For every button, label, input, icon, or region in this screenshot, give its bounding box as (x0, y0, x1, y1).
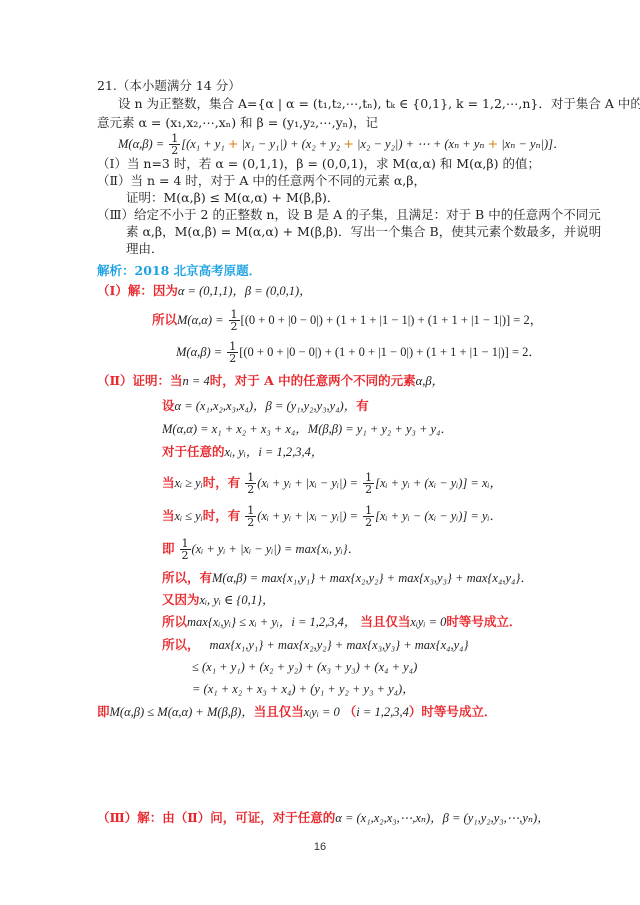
p2-ie-expr: (xᵢ + yᵢ + |xᵢ − yᵢ|) = max{xᵢ, yᵢ}． (192, 542, 361, 556)
fraction-half: 12 (227, 341, 238, 364)
solution-part1-header: （Ⅰ）解：因为α = (0,1,1)，β = (0,0,1)， (97, 283, 312, 299)
p2-let-expr: α = (x₁,x₂,x₃,x₄)，β = (y₁,y₂,y₃,y₄)， (175, 399, 357, 413)
problem-definition: M(α,β) = 12[(x₁ + y₁ + |x₁ − y₁|) + (x₂ … (118, 133, 566, 156)
p1-given: α = (0,1,1)，β = (0,0,1)， (178, 284, 312, 298)
def-plus-1: + (228, 136, 238, 151)
page-number: 16 (0, 841, 640, 853)
p2-sums: M(α,α) = x₁ + x₂ + x₃ + x₄，M(β,β) = y₁ +… (162, 422, 453, 436)
fraction-half: 12 (363, 472, 374, 495)
def-rhs-a: [(x₁ + y₁ (181, 137, 228, 151)
p2-concl-iff: 当且仅当 (254, 704, 304, 719)
solution-source: 解析：2018 北京高考原题． (97, 263, 261, 279)
p2-case1: (xᵢ + yᵢ + |xᵢ − yᵢ|) = (257, 476, 358, 490)
p2-case2: (xᵢ + yᵢ + |xᵢ − yᵢ|) = (257, 509, 358, 523)
fraction-half: 12 (229, 309, 240, 332)
solution-part3-header: （Ⅲ）解：由（Ⅱ）问，可证，对于任意的α = (x₁,x₂,x₃,⋯,xₙ)，β… (97, 810, 550, 826)
p1-eq2-rhs: [(0 + 0 + |0 − 0|) + (1 + 0 + |1 − 0|) +… (239, 345, 541, 359)
frac-den: 2 (245, 484, 256, 495)
p1-eq1-lhs: M(α,α) = (177, 313, 224, 327)
p2-forany-expr: xᵢ, yᵢ，i = 1,2,3,4， (225, 445, 324, 459)
p1-label: （Ⅰ）解：因为 (97, 283, 178, 298)
p2-concl-cond: xᵢyᵢ = 0 (304, 705, 340, 719)
p2-have: 有 (356, 398, 369, 413)
def-plus-3: + (488, 136, 498, 151)
fraction-half: 12 (245, 472, 256, 495)
solution-part2-sums: M(α,α) = x₁ + x₂ + x₃ + x₄，M(β,β) = y₁ +… (162, 421, 453, 437)
p2-ab: α,β， (416, 374, 444, 388)
p2-concl-expr: M(α,β) ≤ M(α,α) + M(β,β)， (110, 705, 254, 719)
fraction-half: 12 (245, 505, 256, 528)
frac-den: 2 (180, 550, 191, 561)
p3-label: （Ⅲ）解：由（Ⅱ）问，可证，对于任意的 (97, 810, 335, 825)
p2-so: 所以 (162, 614, 187, 629)
p2-iff-expr: xᵢyᵢ = 0 (410, 615, 446, 629)
p2-so2: 所以， (162, 637, 200, 652)
frac-den: 2 (169, 145, 180, 156)
p2-chain3: = (x₁ + x₂ + x₃ + x₄) + (y₁ + y₂ + y₃ + … (192, 682, 415, 696)
p2-max-le: max{xᵢ,yᵢ} ≤ xᵢ + yᵢ，i = 1,2,3,4， (187, 615, 356, 629)
solution-part2-chain3: = (x₁ + x₂ + x₃ + x₄) + (y₁ + y₂ + y₃ + … (192, 681, 415, 697)
p3-expr: α = (x₁,x₂,x₃,⋯,xₙ)，β = (y₁,y₂,y₃,⋯,yₙ)， (335, 811, 549, 825)
p2-chain1: max{x₁,y₁} + max{x₂,y₂} + max{x₃,y₃} + m… (210, 638, 469, 652)
p2-case1b: [xᵢ + yᵢ + (xᵢ − yᵢ)] = xᵢ， (375, 476, 502, 490)
p2-case2b: [xᵢ + yᵢ − (xᵢ − yᵢ)] = yᵢ． (375, 509, 502, 523)
solution-part2-conclusion: 即M(α,β) ≤ M(α,α) + M(β,β)，当且仅当xᵢyᵢ = 0 （… (97, 704, 496, 720)
problem-part2-line2: 证明：M(α,β) ≤ M(α,α) + M(β,β)． (126, 190, 339, 206)
solution-part2-mab: 所以，有M(α,β) = max{x₁,y₁} + max{x₂,y₂} + m… (162, 570, 533, 586)
def-rhs-c: |x₂ − y₂|) + ⋯ + (xₙ + yₙ (354, 137, 488, 151)
def-rhs-d: |xₙ − yₙ|)]． (498, 137, 565, 151)
solution-part2-also: 又因为xᵢ, yᵢ ∈ {0,1}， (162, 592, 274, 608)
p2-also: 又因为 (162, 592, 200, 607)
def-rhs-b: |x₁ − y₁|) + (x₂ + y₂ (238, 137, 343, 151)
p2-let: 设 (162, 398, 175, 413)
p2-when: 当 (162, 508, 175, 523)
solution-part2-chain1: 所以， max{x₁,y₁} + max{x₂,y₂} + max{x₃,y₃}… (162, 637, 469, 653)
solution-part2-forany: 对于任意的xᵢ, yᵢ，i = 1,2,3,4， (162, 444, 323, 460)
p2-concl-i: i = 1,2,3,4 (356, 705, 409, 719)
solution-part2-case2: 当xᵢ ≤ yᵢ时，有 12(xᵢ + yᵢ + |xᵢ − yᵢ|) = 12… (162, 505, 502, 528)
solution-part2-header: （Ⅱ）证明：当n = 4时，对于 A 中的任意两个不同的元素α,β， (97, 373, 444, 389)
def-lhs: M(α,β) = (118, 137, 164, 151)
frac-den: 2 (363, 484, 374, 495)
p2-forany: 对于任意的 (162, 444, 225, 459)
frac-den: 2 (229, 321, 240, 332)
problem-stem-line1: 设 n 为正整数，集合 A={α | α = (t₁,t₂,⋯,tₙ), tₖ … (118, 96, 640, 112)
problem-stem-line2: 意元素 α = (x₁,x₂,⋯,xₙ) 和 β = (y₁,y₂,⋯,yₙ)，… (97, 115, 378, 131)
fraction-half: 12 (169, 133, 180, 156)
def-plus-2: + (343, 136, 353, 151)
solution-part2-maxle: 所以max{xᵢ,yᵢ} ≤ xᵢ + yᵢ，i = 1,2,3,4， 当且仅当… (162, 614, 521, 630)
p2-iff: 当且仅当 (360, 614, 410, 629)
p1-eq1-rhs: [(0 + 0 + |0 − 0|) + (1 + 1 + |1 − 1|) +… (241, 313, 543, 327)
problem-part3-line2: 素 α,β，M(α,β) = M(α,α) + M(β,β)．写出一个集合 B，… (126, 224, 601, 240)
p2-concl-paren: （ (344, 704, 357, 719)
p2-ie: 即 (162, 541, 175, 556)
p2-n: n = 4 (183, 374, 210, 388)
p2-so-have: 所以，有 (162, 570, 212, 585)
solution-part2-case1: 当xᵢ ≥ yᵢ时，有 12(xᵢ + yᵢ + |xᵢ − yᵢ|) = 12… (162, 472, 502, 495)
solution-part2-ie: 即 12(xᵢ + yᵢ + |xᵢ − yᵢ|) = max{xᵢ, yᵢ}． (162, 538, 360, 561)
p2-also-expr: xᵢ, yᵢ ∈ {0,1}， (200, 593, 275, 607)
frac-den: 2 (227, 353, 238, 364)
p2-then: 时，有 (203, 508, 241, 523)
problem-part1: （Ⅰ）当 n=3 时，若 α = (0,1,1)，β = (0,0,1)，求 M… (97, 156, 540, 172)
p2-le: xᵢ ≤ yᵢ (175, 509, 203, 523)
p2-text: 时，对于 A 中的任意两个不同的元素 (210, 373, 416, 388)
problem-header: 21.（本小题满分 14 分） (97, 78, 241, 94)
p2-mab: M(α,β) = max{x₁,y₁} + max{x₂,y₂} + max{x… (212, 571, 533, 585)
problem-part3-line3: 理由． (126, 241, 164, 257)
problem-part3-line1: （Ⅲ）给定不小于 2 的正整数 n，设 B 是 A 的子集，且满足：对于 B 中… (97, 207, 601, 223)
fraction-half: 12 (363, 505, 374, 528)
p2-eq-holds: 时等号成立． (446, 614, 521, 629)
p2-ge: xᵢ ≥ yᵢ (175, 476, 203, 490)
fraction-half: 12 (180, 538, 191, 561)
solution-part2-let: 设α = (x₁,x₂,x₃,x₄)，β = (y₁,y₂,y₃,y₄)，有 (162, 398, 369, 414)
solution-part1-eq1: 所以M(α,α) = 12[(0 + 0 + |0 − 0|) + (1 + 1… (152, 309, 542, 332)
p2-concl-ie: 即 (97, 704, 110, 719)
p1-eq2-lhs: M(α,β) = (176, 345, 222, 359)
frac-den: 2 (363, 517, 374, 528)
p1-so: 所以 (152, 312, 177, 327)
solution-part1-eq2: M(α,β) = 12[(0 + 0 + |0 − 0|) + (1 + 0 +… (176, 341, 541, 364)
p2-chain2: ≤ (x₁ + y₁) + (x₂ + y₂) + (x₃ + y₃) + (x… (192, 660, 417, 674)
problem-part2-line1: （Ⅱ）当 n = 4 时，对于 A 中的任意两个不同的元素 α,β， (97, 173, 426, 189)
p2-concl-end: ）时等号成立． (409, 704, 497, 719)
frac-den: 2 (245, 517, 256, 528)
p2-then: 时，有 (203, 475, 241, 490)
p2-when: 当 (162, 475, 175, 490)
solution-part2-chain2: ≤ (x₁ + y₁) + (x₂ + y₂) + (x₃ + y₃) + (x… (192, 659, 417, 675)
p2-label: （Ⅱ）证明：当 (97, 373, 183, 388)
